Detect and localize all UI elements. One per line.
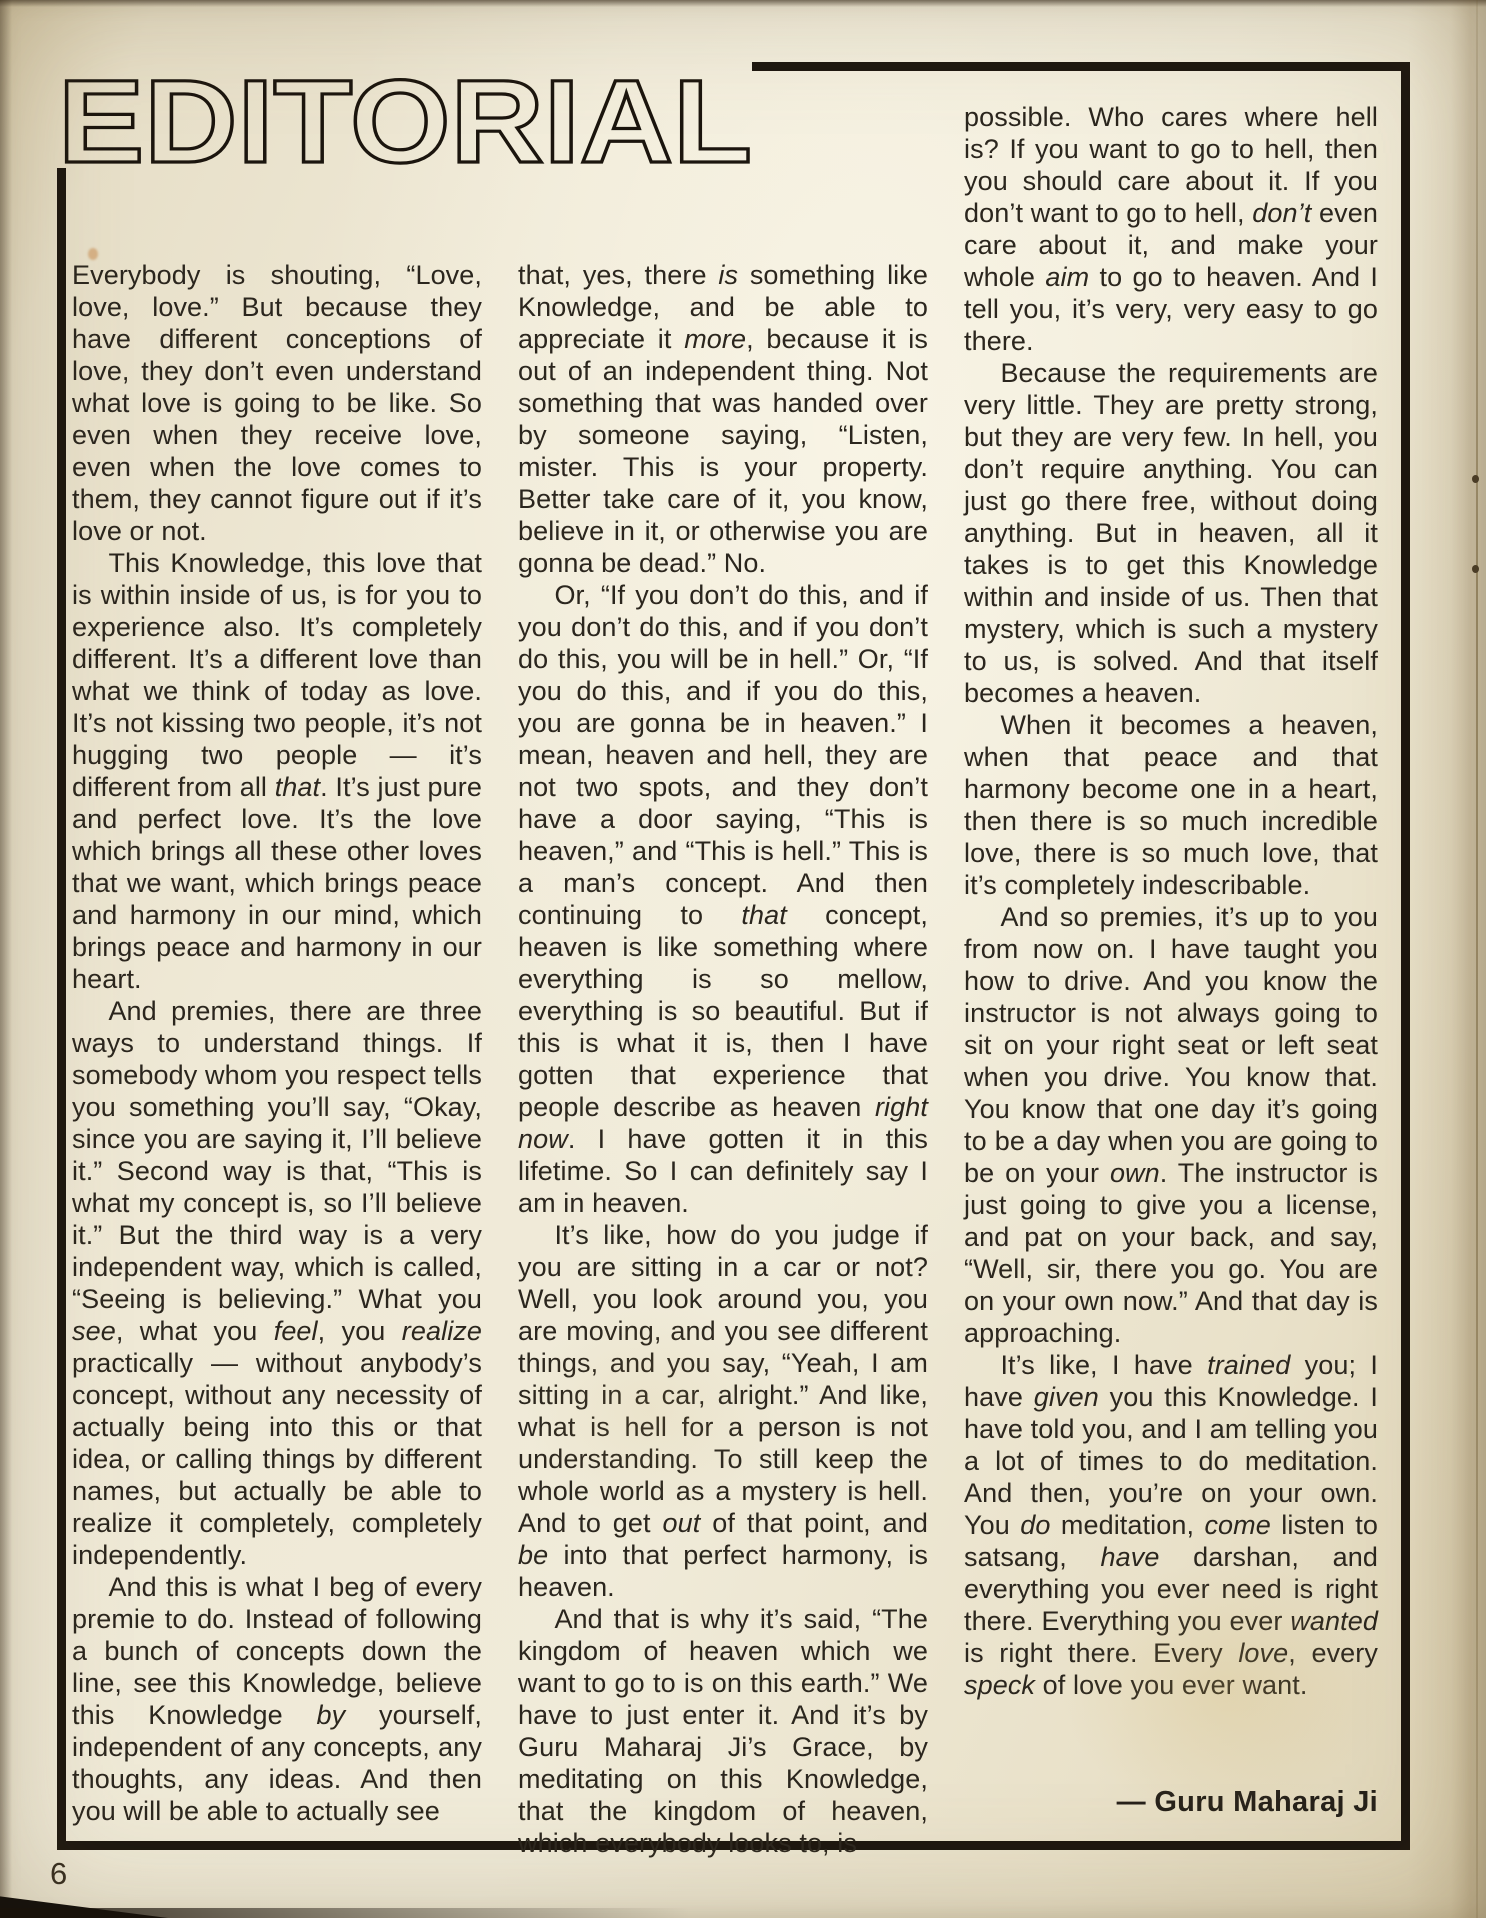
page-edge-shadow-left [0,0,12,1918]
headline-outline-lettering: EDITORIAL [54,50,760,176]
paragraph: It’s like, I have trained you; I have gi… [964,1349,1378,1701]
magazine-page: EDITORIAL Everybody is shouting, “Love, … [0,0,1486,1918]
emphasized-text: speck [964,1670,1035,1700]
author-byline: — Guru Maharaj Ji [964,1786,1378,1819]
headline-text: EDITORIAL [58,56,752,176]
body-text: concept, heaven is like something where … [518,900,928,1122]
frame-border-top [752,62,1410,71]
binding-crease-line [1476,0,1478,1918]
body-text: Everybody is shouting, “Love, love, love… [72,260,482,546]
body-text: . It’s just pure and perfect love. It’s … [72,772,482,994]
emphasized-text: out [663,1508,701,1538]
paragraph: And this is what I beg of every premie t… [72,1571,482,1827]
emphasized-text: trained [1207,1350,1290,1380]
body-text: And that is why it’s said, “The kingdom … [518,1604,928,1858]
body-text: And so premies, it’s up to you from now … [964,902,1378,1188]
body-text: of that point, and [700,1508,928,1538]
emphasized-text: see [72,1316,116,1346]
emphasized-text: own [1110,1158,1160,1188]
body-text: And premies, there are three ways to und… [72,996,482,1314]
body-text: It’s like, how do you judge if you are s… [518,1220,928,1538]
emphasized-text: more [684,324,746,354]
body-text: When it becomes a heaven, when that peac… [964,710,1378,900]
paragraph: Or, “If you don’t do this, and if you do… [518,579,928,1219]
body-text: into that perfect harmony, is heaven. [518,1540,928,1602]
emphasized-text: wanted [1290,1606,1378,1636]
body-text: practically — without anybody’s concept,… [72,1348,482,1570]
paragraph: And premies, there are three ways to und… [72,995,482,1571]
emphasized-text: realize [402,1316,482,1346]
emphasized-text: have [1101,1542,1160,1572]
body-text: is right there. Every [964,1638,1238,1668]
editorial-column-3: possible. Who cares where hell is? If yo… [964,101,1378,1701]
body-text: Or, “If you don’t do this, and if you do… [518,580,928,930]
emphasized-text: by [317,1700,346,1730]
emphasized-text: come [1204,1510,1270,1540]
page-number: 6 [50,1856,67,1892]
paragraph: Everybody is shouting, “Love, love, love… [72,259,482,547]
emphasized-text: that [275,772,320,802]
emphasized-text: love [1238,1638,1288,1668]
emphasized-text: be [518,1540,548,1570]
page-edge-shadow-top [0,0,1486,7]
editorial-column-2: that, yes, there is something like Knowl… [518,259,928,1859]
paragraph: This Knowledge, this love that is within… [72,547,482,995]
paragraph: It’s like, how do you judge if you are s… [518,1219,928,1603]
emphasized-text: do [1020,1510,1050,1540]
emphasized-text: aim [1045,262,1089,292]
body-text: This Knowledge, this love that is within… [72,548,482,802]
paragraph: that, yes, there is something like Knowl… [518,259,928,579]
body-text: , what you [116,1316,274,1346]
binding-stitch-mark [1472,565,1479,573]
body-text: It’s like, I have [1000,1350,1207,1380]
paragraph: Because the requirements are very little… [964,357,1378,709]
body-text: . I have gotten it in this lifetime. So … [518,1124,928,1218]
body-text: of love you ever want. [1035,1670,1307,1700]
emphasized-text: that [741,900,786,930]
page-fold-shadow-right [1408,0,1486,1918]
body-text: that, yes, there [518,260,718,290]
emphasized-text: don’t [1252,198,1311,228]
binding-stitch-mark [1472,475,1479,483]
scan-shadow-bottom [0,1908,690,1918]
body-text: , every [1288,1638,1378,1668]
emphasized-text: given [1034,1382,1099,1412]
emphasized-text: is [718,260,738,290]
body-text: meditation, [1050,1510,1204,1540]
paragraph: When it becomes a heaven, when that peac… [964,709,1378,901]
editorial-column-1: Everybody is shouting, “Love, love, love… [72,259,482,1827]
editorial-headline: EDITORIAL [54,50,760,176]
paragraph: And that is why it’s said, “The kingdom … [518,1603,928,1859]
body-text: , you [318,1316,402,1346]
emphasized-text: feel [274,1316,318,1346]
paragraph: possible. Who cares where hell is? If yo… [964,101,1378,357]
body-text: , because it is out of an independent th… [518,324,928,578]
body-text: Because the requirements are very little… [964,358,1378,708]
frame-border-left [57,168,66,1850]
paragraph: And so premies, it’s up to you from now … [964,901,1378,1349]
